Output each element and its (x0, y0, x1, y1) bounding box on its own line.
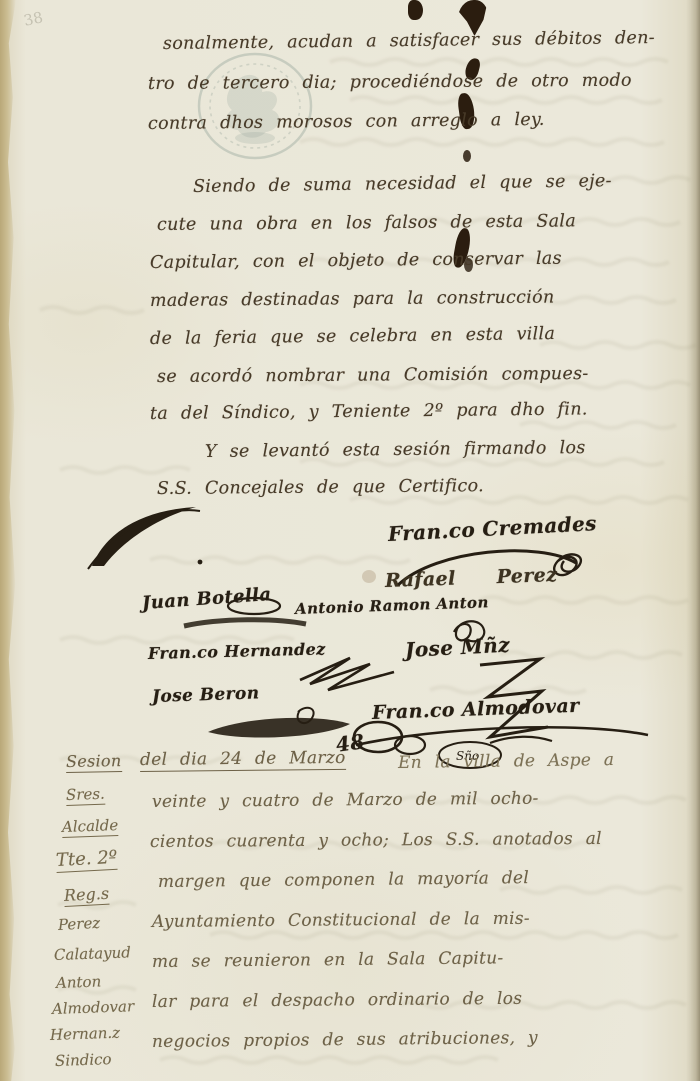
body-line: maderas destinadas para la construcción (150, 287, 555, 311)
body-line: cute una obra en los falsos de esta Sala (157, 211, 576, 235)
ghost-line (350, 497, 688, 503)
session-body-line: ma se reunieron en la Sala Capitu- (152, 948, 504, 972)
margin-attendee: Tte. 2º (55, 847, 117, 871)
ghost-line (210, 932, 678, 938)
ghost-line (350, 97, 662, 103)
session-body-line: Ayuntamiento Constitucional de la mis- (152, 909, 530, 932)
session-body-line: veinte y cuatro de Marzo de mil ocho- (152, 789, 539, 812)
session-body-line: En la villa de Aspe a (398, 750, 615, 773)
session-body-line: negocios propios de sus atribuciones, y (152, 1028, 538, 1052)
session-date: del dia 24 de Marzo (140, 748, 346, 770)
margin-attendee: Sindico (55, 1050, 112, 1070)
body-line: se acordó nombrar una Comisión compues- (157, 364, 589, 387)
session-year-mark: 48 (334, 729, 366, 757)
ghost-line (160, 1057, 498, 1063)
signature-name: Jose Beron (152, 683, 260, 707)
paraph-flourish (84, 500, 204, 572)
ghost-line (540, 342, 696, 348)
margin-attendee: Reg.s (64, 884, 110, 905)
signature-rubric (298, 650, 403, 692)
embossed-paper-seal (192, 48, 322, 168)
margin-attendee: Calatayud (54, 943, 131, 964)
margin-attendee: Almodovar (52, 997, 135, 1018)
margin-attendee: Perez (58, 914, 101, 934)
signature-name: Fran.co Cremades (387, 511, 597, 546)
session-margin-title: Sesion (66, 751, 122, 771)
body-line: de la feria que se celebra en esta villa (150, 324, 555, 349)
ghost-line (40, 307, 144, 313)
ink-blot (408, 0, 423, 20)
ghost-line (520, 422, 676, 428)
deckle-binding-edge (0, 0, 16, 1081)
signature-rubric (180, 598, 310, 636)
ghost-line (330, 59, 668, 65)
closing-line: Y se levantó esta sesión firmando los (205, 438, 586, 462)
pencil-folio-number: 38 (22, 8, 44, 30)
page-right-edge-shadow (686, 0, 700, 1081)
margin-attendee: Alcalde (62, 816, 119, 836)
body-line: tro de tercero dia; procediéndose de otr… (148, 71, 632, 94)
body-line: ta del Síndico, y Teniente 2º para dho f… (150, 399, 588, 424)
session-body-line: cientos cuarenta y ocho; Los S.S. anotad… (150, 829, 602, 852)
manuscript-page: 38 sonalmente, acudan a satisfacer sus d… (0, 0, 700, 1081)
margin-attendee: Sres. (66, 785, 105, 804)
ink-speck (463, 150, 471, 162)
body-line: sonalmente, acudan a satisfacer sus débi… (163, 28, 655, 54)
session-body-line: lar para el despacho ordinario de los (152, 989, 522, 1012)
body-line: contra dhos morosos con arreglo a ley. (148, 110, 545, 134)
ghost-line (300, 139, 664, 145)
closing-line: S.S. Concejales de que Certifico. (157, 476, 484, 499)
margin-attendee: Hernan.z (50, 1024, 121, 1044)
body-line: Capitular, con el objeto de conservar la… (150, 249, 562, 273)
signature-rubric (202, 706, 357, 750)
stain-spot (362, 570, 376, 583)
body-line: Siendo de suma necesidad el que se eje- (193, 171, 612, 197)
margin-attendee: Anton (56, 972, 102, 992)
signature-name: Antonio Ramon Anton (295, 593, 489, 618)
session-body-line: margen que componen la mayoría del (158, 868, 529, 892)
ghost-line (60, 467, 190, 473)
